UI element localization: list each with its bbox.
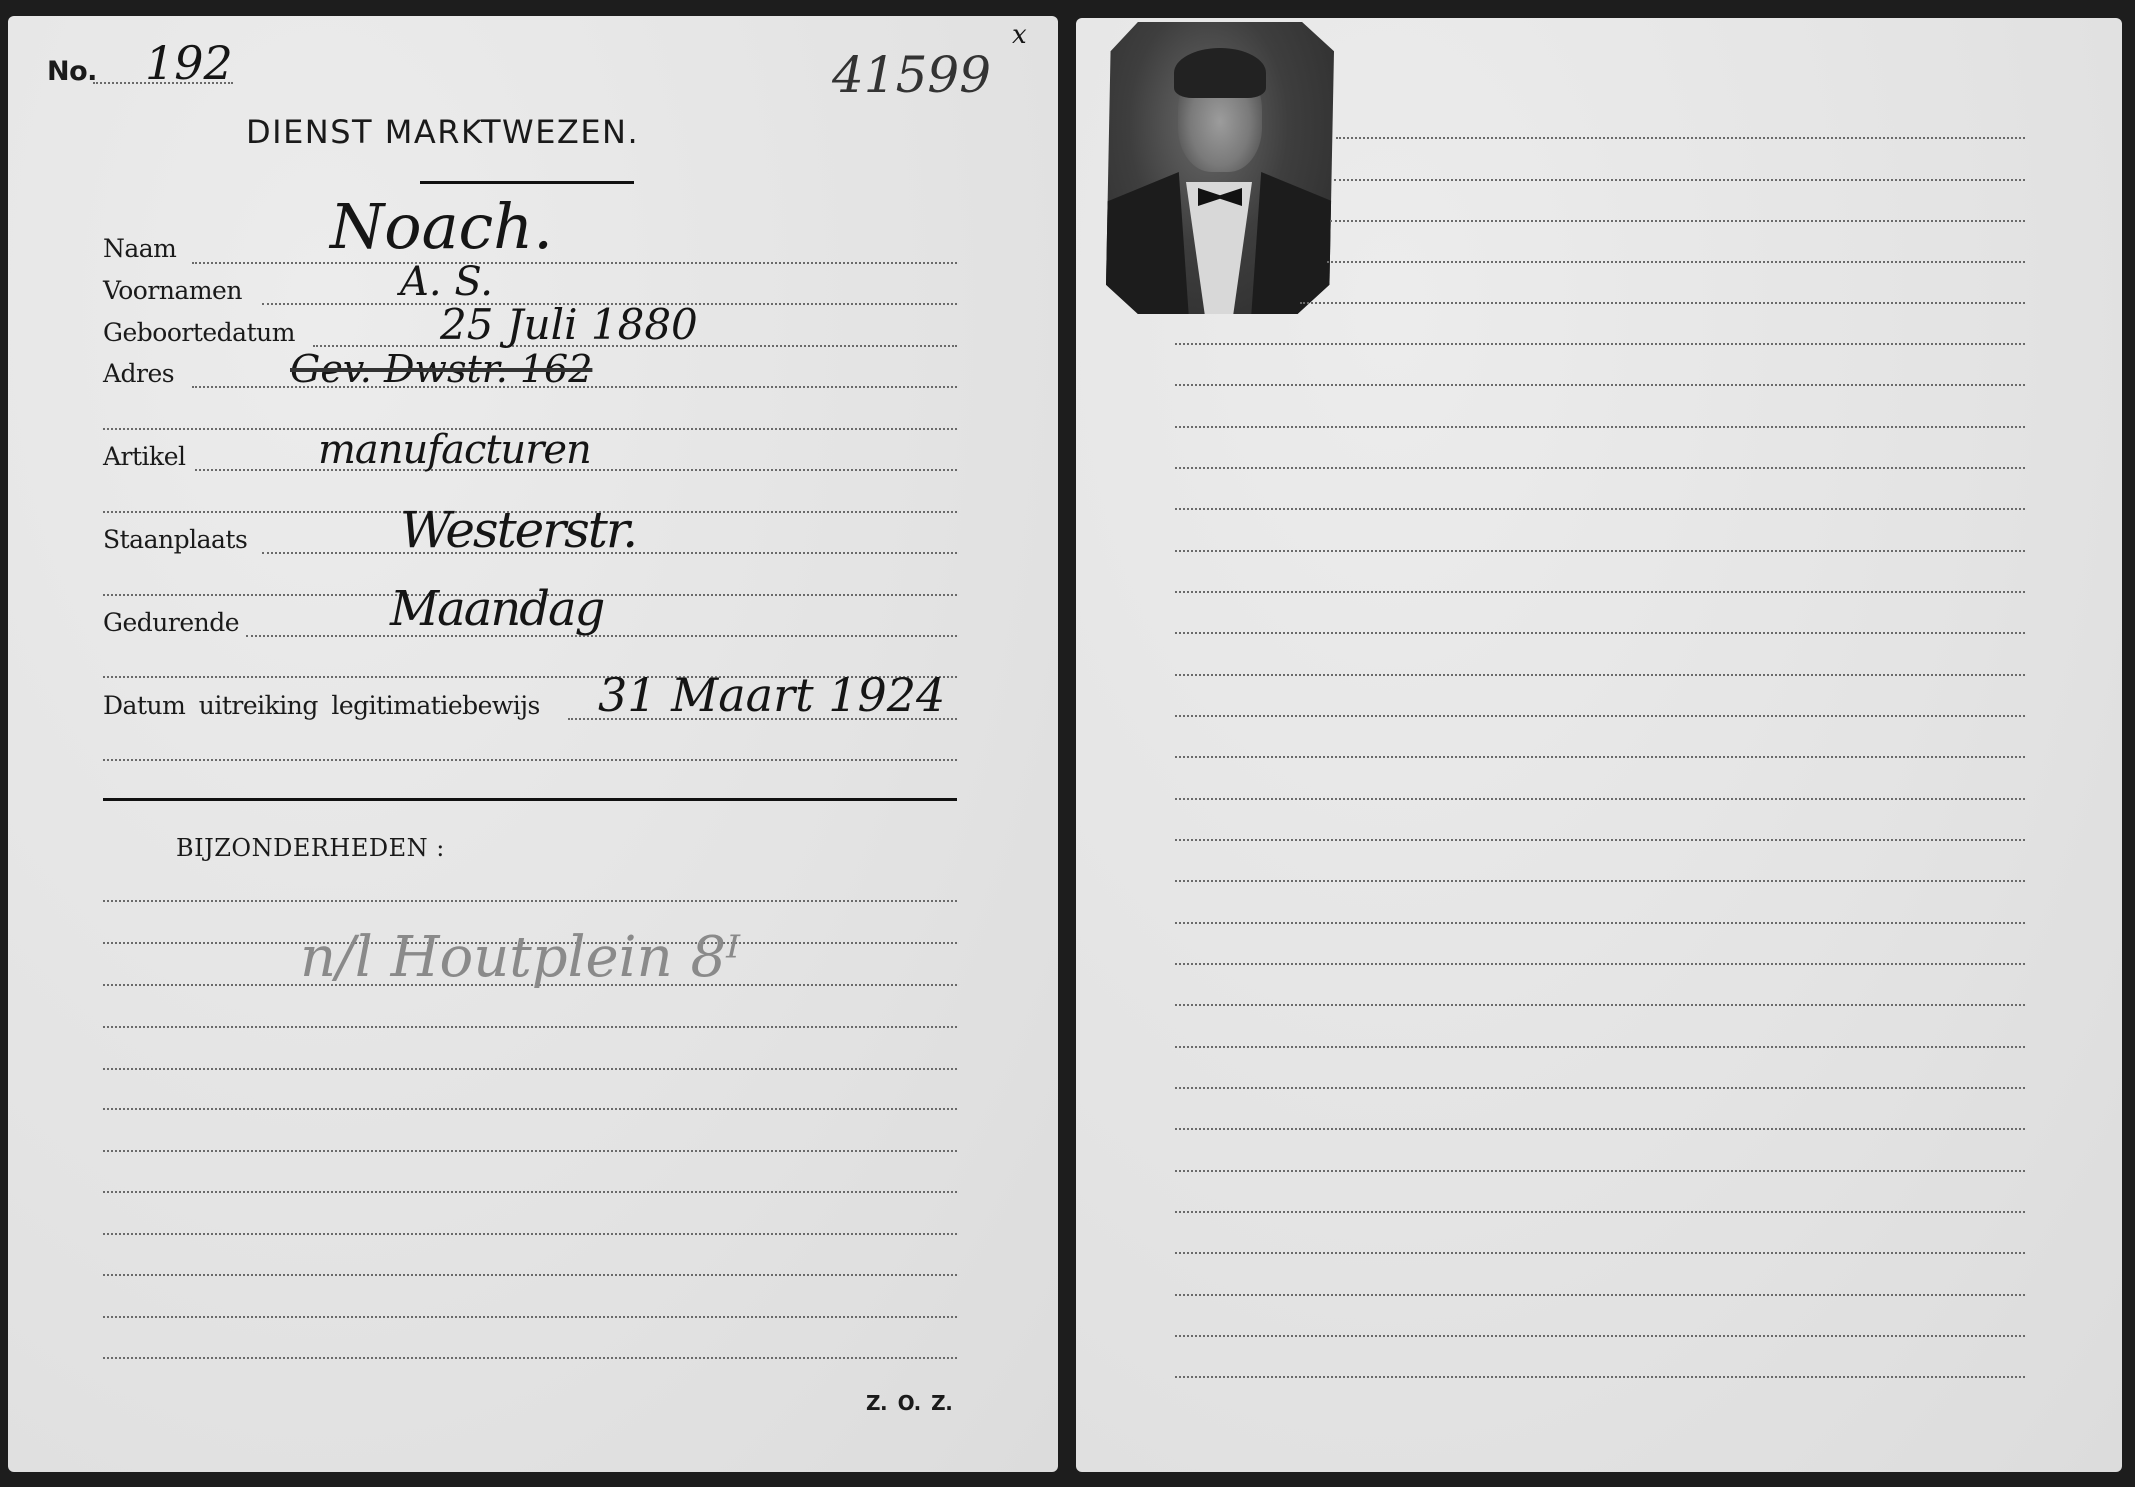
- remarks-line: [103, 1233, 957, 1235]
- note-line: [1175, 632, 2025, 634]
- note-line: [1300, 302, 2025, 304]
- remarks-line: [103, 1108, 957, 1110]
- note-line: [1327, 261, 2025, 263]
- field-label-voornamen: Voornamen: [103, 278, 242, 303]
- remarks-line: [103, 1316, 957, 1318]
- number-label: No.: [47, 58, 97, 85]
- note-line: [1175, 963, 2025, 965]
- field-value-staanplaats: Westerstr.: [400, 505, 636, 555]
- field-label-naam: Naam: [103, 236, 176, 261]
- field-value-artikel: manufacturen: [318, 430, 591, 470]
- field-value-voornamen: A. S.: [400, 262, 493, 302]
- field-value-naam: Noach.: [330, 196, 553, 258]
- note-line: [1175, 1211, 2025, 1213]
- field-value-geboortedatum: 25 Juli 1880: [440, 304, 698, 346]
- note-line: [1336, 137, 2025, 139]
- remarks-heading: BIJZONDERHEDEN :: [176, 836, 445, 860]
- shirt: [1186, 182, 1252, 314]
- note-line: [1175, 591, 2025, 593]
- remarks-line: [103, 1274, 957, 1276]
- title-underline: [420, 181, 634, 184]
- note-line: [1175, 550, 2025, 552]
- portrait-photo: [1106, 22, 1334, 314]
- note-line: [1175, 1252, 2025, 1254]
- field-label-datum-uitreiking: Datum uitreiking legitimatiebewijs: [103, 693, 540, 718]
- card-title: DIENST MARKTWEZEN.: [246, 116, 639, 148]
- remarks-line: [103, 1191, 957, 1193]
- note-line: [1175, 1335, 2025, 1337]
- note-line: [1330, 220, 2025, 222]
- corner-mark: x: [1012, 22, 1027, 48]
- archive-number: 41599: [832, 50, 991, 100]
- field-label-artikel: Artikel: [103, 444, 186, 469]
- field-value-gedurende: Maandag: [390, 585, 603, 633]
- note-line: [1175, 426, 2025, 428]
- remarks-line: [103, 1357, 957, 1359]
- remarks-line: [103, 1068, 957, 1070]
- remarks-line: [103, 1026, 957, 1028]
- note-line: [1175, 1170, 2025, 1172]
- remarks-line: [103, 900, 957, 902]
- note-line: [1175, 508, 2025, 510]
- note-line: [1175, 880, 2025, 882]
- note-line: [1175, 1004, 2025, 1006]
- field-value-datum-uitreiking: 31 Maart 1924: [598, 672, 945, 718]
- note-line: [1175, 1046, 2025, 1048]
- field-label-geboortedatum: Geboortedatum: [103, 320, 295, 345]
- field-value-adres: Gev. Dwstr. 162: [290, 350, 592, 388]
- footer-zoz: Z. O. Z.: [866, 1393, 952, 1413]
- field-label-gedurende: Gedurende: [103, 610, 239, 635]
- note-line: [1175, 839, 2025, 841]
- note-line: [1175, 343, 2025, 345]
- note-line: [1175, 1128, 2025, 1130]
- field-label-staanplaats: Staanplaats: [103, 527, 247, 552]
- remarks-value: n/l Houtplein 8ᴵ: [300, 930, 740, 986]
- note-line: [1175, 384, 2025, 386]
- hair: [1174, 48, 1266, 98]
- note-line: [1175, 756, 2025, 758]
- field-line-naam: [192, 262, 957, 264]
- field-line-blank: [103, 759, 957, 761]
- remarks-line: [103, 1150, 957, 1152]
- note-line: [1175, 1294, 2025, 1296]
- note-line: [1175, 922, 2025, 924]
- note-line: [1175, 798, 2025, 800]
- note-line: [1334, 179, 2025, 181]
- note-line: [1175, 1087, 2025, 1089]
- field-label-adres: Adres: [103, 361, 174, 386]
- note-line: [1175, 1376, 2025, 1378]
- note-line: [1175, 467, 2025, 469]
- note-line: [1175, 715, 2025, 717]
- number-value: 192: [145, 40, 233, 86]
- section-divider: [103, 798, 957, 801]
- note-line: [1175, 674, 2025, 676]
